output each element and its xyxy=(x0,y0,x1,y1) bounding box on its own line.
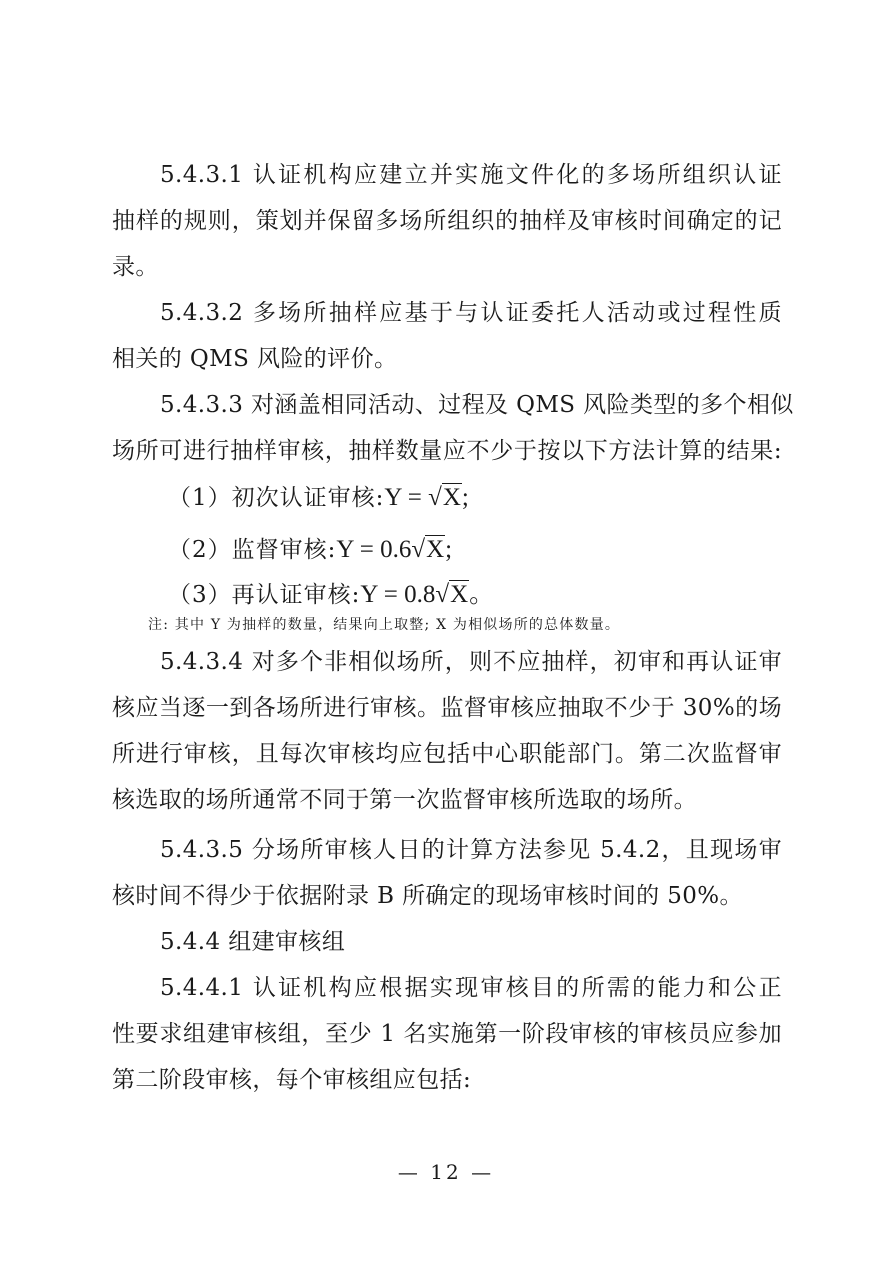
formula-coefficient: 0.8 xyxy=(404,581,435,608)
section-5-4-4-1-line-1: 5.4.4.1 认证机构应根据实现审核目的所需的能力和公正 xyxy=(160,973,782,1003)
section-5-4-3-4-line-1: 5.4.3.4 对多个非相似场所，则不应抽样，初审和再认证审 xyxy=(160,647,782,677)
radicand: X xyxy=(425,535,445,563)
formula-label: （1）初次认证审核: xyxy=(168,485,384,511)
section-5-4-3-2-line-2: 相关的 QMS 风险的评价。 xyxy=(112,344,397,374)
formula-label: （2）监督审核: xyxy=(168,537,336,563)
formula-note: 注: 其中 Y 为抽样的数量，结果向上取整; X 为相似场所的总体数量。 xyxy=(148,616,620,634)
section-5-4-3-3-line-1: 5.4.3.3 对涵盖相同活动、过程及 QMS 风险类型的多个相似 xyxy=(160,390,782,420)
section-5-4-3-4-line-3: 所进行审核，且每次审核均应包括中心职能部门。第二次监督审 xyxy=(112,739,782,769)
page-number: — 12 — xyxy=(0,1160,892,1184)
section-5-4-3-1-line-2: 抽样的规则，策划并保留多场所组织的抽样及审核时间确定的记 xyxy=(112,206,782,236)
section-5-4-3-5-line-2: 核时间不得少于依据附录 B 所确定的现场审核时间的 50%。 xyxy=(112,881,743,911)
formula-lhs: Y = xyxy=(360,581,404,608)
formula-lhs: Y = xyxy=(384,484,428,511)
sqrt-expression: √X xyxy=(411,535,445,565)
sqrt-icon: √ xyxy=(411,536,425,563)
section-5-4-3-5-line-1: 5.4.3.5 分场所审核人日的计算方法参见 5.4.2，且现场审 xyxy=(160,835,782,865)
formula-recertification-audit: （3）再认证审核:Y = 0.8√X。 xyxy=(168,580,494,610)
section-5-4-4-heading: 5.4.4 组建审核组 xyxy=(160,927,345,957)
formula-lhs: Y = xyxy=(336,536,380,563)
formula-end: 。 xyxy=(469,581,494,608)
section-5-4-3-1-line-1: 5.4.3.1 认证机构应建立并实施文件化的多场所组织认证 xyxy=(160,160,782,190)
section-5-4-3-2-line-1: 5.4.3.2 多场所抽样应基于与认证委托人活动或过程性质 xyxy=(160,298,782,328)
formula-end: ; xyxy=(445,536,452,563)
radicand: X xyxy=(442,483,462,511)
formula-initial-audit: （1）初次认证审核:Y = √X; xyxy=(168,483,469,513)
radicand: X xyxy=(449,580,469,608)
section-5-4-3-3-line-2: 场所可进行抽样审核，抽样数量应不少于按以下方法计算的结果: xyxy=(112,436,782,466)
formula-coefficient: 0.6 xyxy=(380,536,411,563)
sqrt-expression: √X xyxy=(435,580,469,610)
section-5-4-3-4-line-4: 核选取的场所通常不同于第一次监督审核所选取的场所。 xyxy=(112,785,697,815)
sqrt-icon: √ xyxy=(428,484,442,511)
section-5-4-3-1-line-3: 录。 xyxy=(112,252,159,282)
section-5-4-3-4-line-2: 核应当逐一到各场所进行审核。监督审核应抽取不少于 30%的场 xyxy=(112,693,782,723)
formula-surveillance-audit: （2）监督审核:Y = 0.6√X; xyxy=(168,535,452,565)
formula-end: ; xyxy=(462,484,469,511)
section-5-4-4-1-line-3: 第二阶段审核，每个审核组应包括: xyxy=(112,1065,471,1095)
sqrt-icon: √ xyxy=(435,581,449,608)
section-5-4-4-1-line-2: 性要求组建审核组，至少 1 名实施第一阶段审核的审核员应参加 xyxy=(112,1019,782,1049)
formula-label: （3）再认证审核: xyxy=(168,582,360,608)
sqrt-expression: √X xyxy=(428,483,462,513)
